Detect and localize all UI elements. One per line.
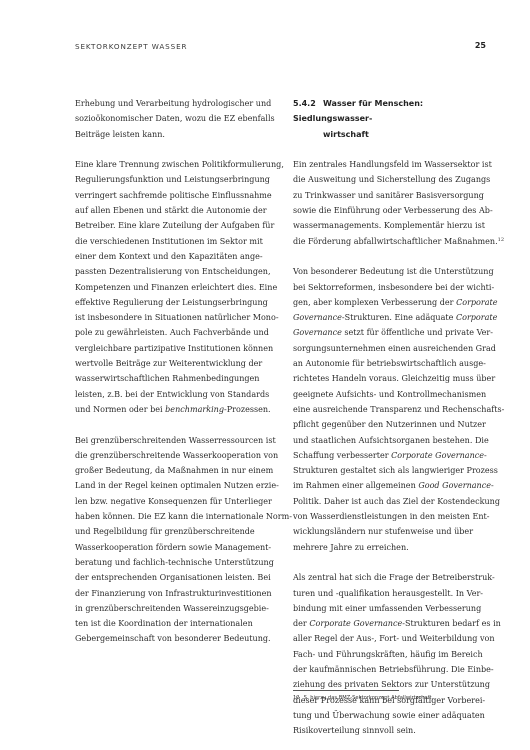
text-line: verringert sachfremde politische Einflus… (75, 188, 277, 203)
text-line: pole zu gewährleisten. Auch Fachverbände… (75, 325, 277, 340)
paragraph: Bei grenzüberschreitenden Wasserressourc… (75, 433, 277, 647)
footnote-divider (293, 690, 399, 691)
text-line: Risikoverteilung sinnvoll sein. (293, 723, 495, 738)
text-line: und staatlichen Aufsichtsorganen bestehe… (293, 433, 495, 448)
italic-term: Corporate Governance (309, 619, 402, 628)
text-line: der entsprechenden Organisationen leiste… (75, 570, 277, 585)
text-line: wasserwirtschaftlichen Rahmenbedingungen (75, 371, 277, 386)
text-line: Kompetenzen und Finanzen erleichtert die… (75, 280, 277, 295)
text-line: an Autonomie für betriebswirtschaftlich … (293, 356, 495, 371)
italic-term: Governance (293, 328, 342, 337)
text-line: der kaufmännischen Betriebsführung. Die … (293, 662, 495, 677)
section-heading: 5.4.2Wasser für Menschen: Siedlungswasse… (293, 96, 495, 142)
paragraph: Erhebung und Verarbeitung hydrologischer… (75, 96, 277, 142)
paragraph: Eine klare Trennung zwischen Politikform… (75, 157, 277, 417)
text-line: Von besonderer Bedeutung ist die Unterst… (293, 264, 495, 279)
text-line: sorgungsunternehmen einen ausreichenden … (293, 341, 495, 356)
text-line: wassermanagements. Komplementär hierzu i… (293, 218, 495, 233)
text-line: bei Sektorreformen, insbesondere bei der… (293, 280, 495, 295)
italic-term: Corporate Governance (391, 451, 484, 460)
text-line: wicklungsländern nur stufenweise und übe… (293, 524, 495, 539)
text-line: ist insbesondere in Situationen natürlic… (75, 310, 277, 325)
text-line: pflicht gegenüber den Nutzerinnen und Nu… (293, 417, 495, 432)
text-line: Schaffung verbesserter Corporate Governa… (293, 448, 495, 463)
text-line: leisten, z.B. bei der Entwicklung von St… (75, 387, 277, 402)
text-line: Eine klare Trennung zwischen Politikform… (75, 157, 277, 172)
text-line: die grenzüberschreitende Wasserkooperati… (75, 448, 277, 463)
text-line: Governance setzt für öffentliche und pri… (293, 325, 495, 340)
text-line: wertvolle Beiträge zur Weiterentwicklung… (75, 356, 277, 371)
italic-term: Corporate (456, 298, 497, 307)
text-line: sowie die Einführung oder Verbesserung d… (293, 203, 495, 218)
right-column: 5.4.2Wasser für Menschen: Siedlungswasse… (293, 96, 495, 750)
text-line: die Ausweitung und Sicherstellung des Zu… (293, 172, 495, 187)
text-line: Als zentral hat sich die Frage der Betre… (293, 570, 495, 585)
text-line: vergleichbare partizipative Institutione… (75, 341, 277, 356)
section-number: 5.4.2 (293, 96, 323, 111)
footnote-number: 12 (293, 695, 300, 701)
footnote-text: S. hierzu das BMZ-Sektorkonzept Abfallwi… (304, 695, 434, 701)
text-line: der Finanzierung von Infrastrukturinvest… (75, 586, 277, 601)
paragraph: Als zentral hat sich die Frage der Betre… (293, 570, 495, 738)
italic-term: Corporate (456, 313, 497, 322)
page-number: 25 (475, 41, 486, 50)
text-line: Gebergemeinschaft von besonderer Bedeutu… (75, 631, 277, 646)
section-title-continued: wirtschaft (293, 127, 495, 142)
text-line: haben können. Die EZ kann die internatio… (75, 509, 277, 524)
paragraph: Von besonderer Bedeutung ist die Unterst… (293, 264, 495, 555)
running-head: SEKTORKONZEPT WASSER (75, 42, 187, 51)
text-line: ten ist die Koordination der internation… (75, 616, 277, 631)
text-line: im Rahmen einer allgemeinen Good Governa… (293, 478, 495, 493)
text-line: Bei grenzüberschreitenden Wasserressourc… (75, 433, 277, 448)
text-line: Politik. Daher ist auch das Ziel der Kos… (293, 494, 495, 509)
footnote-reference[interactable]: 12 (498, 237, 504, 243)
text-line: Governance-Strukturen. Eine adäquate Cor… (293, 310, 495, 325)
text-line: len bzw. negative Konsequenzen für Unter… (75, 494, 277, 509)
text-line: Regulierungsfunktion und Leistungserbrin… (75, 172, 277, 187)
italic-term: Governance (293, 313, 342, 322)
text-line: Ein zentrales Handlungsfeld im Wassersek… (293, 157, 495, 172)
text-line: und Normen oder bei benchmarking-Prozess… (75, 402, 277, 417)
text-line: Wasserkooperation fördern sowie Manageme… (75, 540, 277, 555)
text-line: bindung mit einer umfassenden Verbesseru… (293, 601, 495, 616)
text-line: turen und -qualifikation herausgestellt.… (293, 586, 495, 601)
text-line: zu Trinkwasser und sanitärer Basisversor… (293, 188, 495, 203)
italic-term: Good Governance (418, 481, 491, 490)
footnote: 12S. hierzu das BMZ-Sektorkonzept Abfall… (293, 695, 433, 701)
left-column: Erhebung und Verarbeitung hydrologischer… (75, 96, 277, 662)
text-line: tung und Überwachung sowie einer adäquat… (293, 708, 495, 723)
text-line: effektive Regulierung der Leistungserbri… (75, 295, 277, 310)
text-line: von Wasserdienstleistungen in den meiste… (293, 509, 495, 524)
text-line: mehrere Jahre zu erreichen. (293, 540, 495, 555)
text-line: geeignete Aufsichts- und Kontrollmechani… (293, 387, 495, 402)
text-line: auf allen Ebenen und stärkt die Autonomi… (75, 203, 277, 218)
italic-term: benchmarking (165, 405, 224, 414)
text-line: Betreiber. Eine klare Zuteilung der Aufg… (75, 218, 277, 233)
text-line: großer Bedeutung, da Maßnahmen in nur ei… (75, 463, 277, 478)
text-line: und Regelbildung für grenzüberschreitend… (75, 524, 277, 539)
text-line: einer dem Kontext und den Kapazitäten an… (75, 249, 277, 264)
text-line: in grenzüberschreitenden Wassereinzugsge… (75, 601, 277, 616)
text-line: Strukturen gestaltet sich als langwierig… (293, 463, 495, 478)
text-line: richtetes Handeln voraus. Gleichzeitig m… (293, 371, 495, 386)
text-line: eine ausreichende Transparenz und Rechen… (293, 402, 495, 417)
text-line: beratung und fachlich-technische Unterst… (75, 555, 277, 570)
text-line: passten Dezentralisierung von Entscheidu… (75, 264, 277, 279)
text-line: Fach- und Führungskräften, häufig im Ber… (293, 647, 495, 662)
text-line: Beiträge leisten kann. (75, 127, 277, 142)
text-line: aller Regel der Aus-, Fort- und Weiterbi… (293, 631, 495, 646)
text-line: sozioökonomischer Daten, wozu die EZ ebe… (75, 111, 277, 126)
text-line: Land in der Regel keinen optimalen Nutze… (75, 478, 277, 493)
paragraph: Ein zentrales Handlungsfeld im Wassersek… (293, 157, 495, 249)
text-line: der Corporate Governance-Strukturen beda… (293, 616, 495, 631)
text-line: gen, aber komplexen Verbesserung der Cor… (293, 295, 495, 310)
text-line: Erhebung und Verarbeitung hydrologischer… (75, 96, 277, 111)
text-line: die verschiedenen Institutionen im Sekto… (75, 234, 277, 249)
text-line: die Förderung abfallwirtschaftlicher Maß… (293, 234, 495, 249)
